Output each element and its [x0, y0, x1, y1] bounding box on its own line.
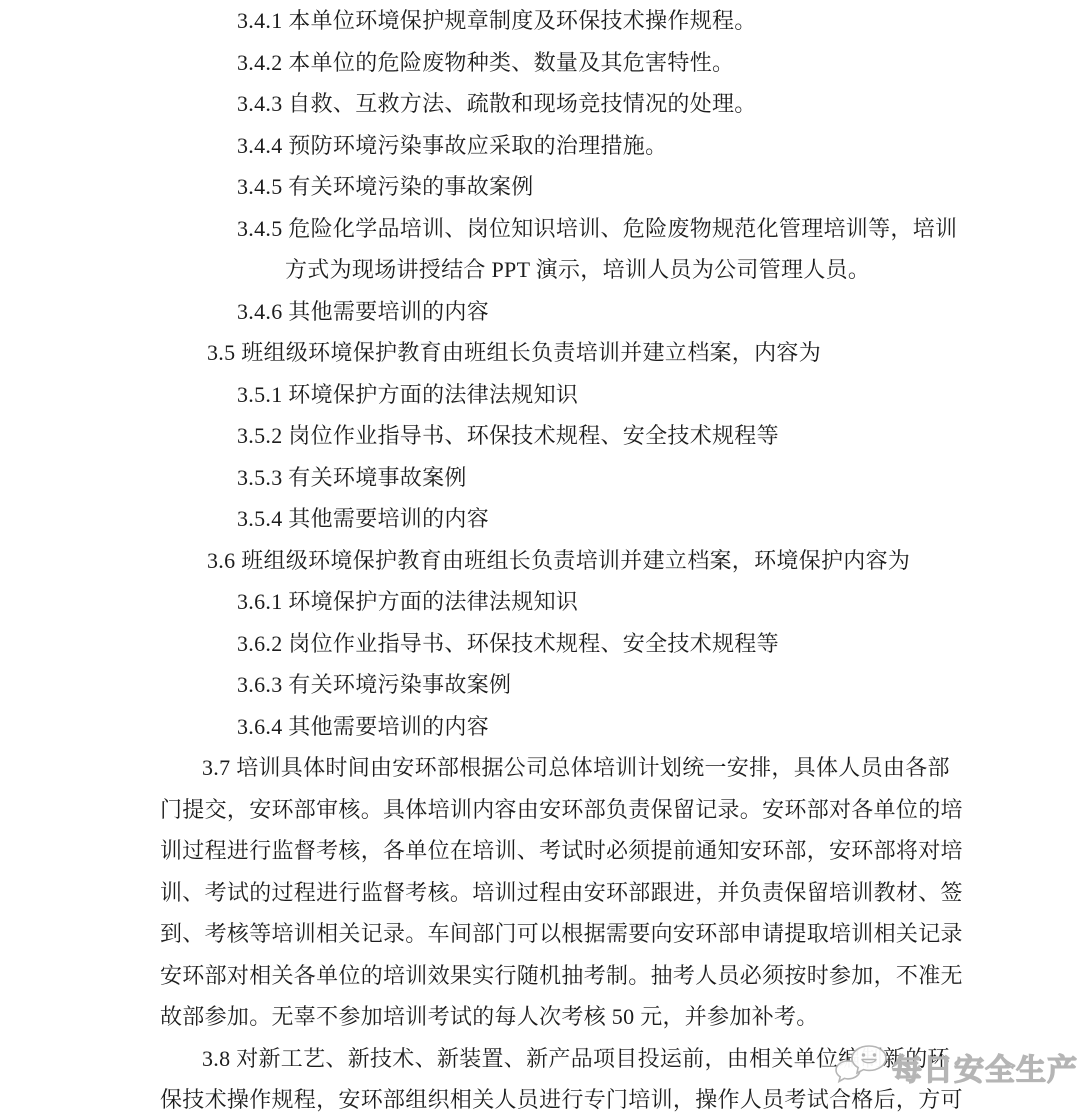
text-line: 3.6.3 有关环境污染事故案例	[237, 664, 1080, 706]
text-line: 故部参加。无辜不参加培训考试的每人次考核 50 元，并参加补考。	[160, 996, 1080, 1038]
document-body: 3.4.1 本单位环境保护规章制度及环保技术操作规程。3.4.2 本单位的危险废…	[0, 0, 1080, 1115]
text-line: 到、考核等培训相关记录。车间部门可以根据需要向安环部申请提取培训相关记录	[160, 913, 1080, 955]
text-line: 3.4.1 本单位环境保护规章制度及环保技术操作规程。	[237, 0, 1080, 42]
text-line: 3.5 班组级环境保护教育由班组长负责培训并建立档案，内容为	[207, 332, 1080, 374]
text-line: 3.6.4 其他需要培训的内容	[237, 706, 1080, 748]
text-line: 安环部对相关各单位的培训效果实行随机抽考制。抽考人员必须按时参加，不准无	[160, 955, 1080, 997]
text-line: 3.6.2 岗位作业指导书、环保技术规程、安全技术规程等	[237, 623, 1080, 665]
text-line: 3.4.6 其他需要培训的内容	[237, 291, 1080, 333]
text-line: 3.6.1 环境保护方面的法律法规知识	[237, 581, 1080, 623]
text-line: 3.5.4 其他需要培训的内容	[237, 498, 1080, 540]
text-line: 3.8 对新工艺、新技术、新装置、新产品项目投运前，由相关单位编制新的环	[202, 1038, 1080, 1080]
text-line: 3.4.5 有关环境污染的事故案例	[237, 166, 1080, 208]
text-line: 方式为现场讲授结合 PPT 演示，培训人员为公司管理人员。	[285, 249, 1080, 291]
text-line: 3.6 班组级环境保护教育由班组长负责培训并建立档案，环境保护内容为	[207, 540, 1080, 582]
text-line: 3.5.3 有关环境事故案例	[237, 457, 1080, 499]
text-line: 3.4.3 自救、互救方法、疏散和现场竞技情况的处理。	[237, 83, 1080, 125]
text-line: 3.5.2 岗位作业指导书、环保技术规程、安全技术规程等	[237, 415, 1080, 457]
text-line: 3.7 培训具体时间由安环部根据公司总体培训计划统一安排，具体人员由各部	[202, 747, 1080, 789]
text-line: 3.4.4 预防环境污染事故应采取的治理措施。	[237, 125, 1080, 167]
text-line: 3.4.2 本单位的危险废物种类、数量及其危害特性。	[237, 42, 1080, 84]
text-line: 3.4.5 危险化学品培训、岗位知识培训、危险废物规范化管理培训等，培训	[237, 208, 1080, 250]
text-line: 保技术操作规程，安环部组织相关人员进行专门培训，操作人员考试合格后，方可	[160, 1079, 1080, 1115]
text-line: 门提交，安环部审核。具体培训内容由安环部负责保留记录。安环部对各单位的培	[160, 789, 1080, 831]
text-line: 训过程进行监督考核，各单位在培训、考试时必须提前通知安环部，安环部将对培	[160, 830, 1080, 872]
document-page: 3.4.1 本单位环境保护规章制度及环保技术操作规程。3.4.2 本单位的危险废…	[0, 0, 1080, 1115]
text-line: 3.5.1 环境保护方面的法律法规知识	[237, 374, 1080, 416]
text-line: 训、考试的过程进行监督考核。培训过程由安环部跟进，并负责保留培训教材、签	[160, 872, 1080, 914]
